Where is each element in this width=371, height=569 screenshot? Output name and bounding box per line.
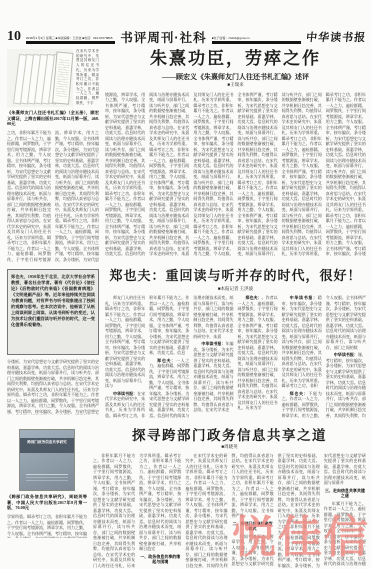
- book-cover-photo: 跨部门政务信息共享研究: [19, 429, 75, 491]
- header-rule-right: [212, 41, 301, 44]
- article2-sidebar: 郑也夫，1950年生于北京，北京大学社会学系教授，著名社会学者。著有《代价论》《…: [7, 269, 99, 423]
- article-zhuxi-review: 在宋代学术史的研究中，朱熹及其师友门人的往还书札，历来为学界所重。辑录考订之功，…: [7, 49, 366, 262]
- article-egov-info-sharing: 跨部门政务信息共享研究 《跨部门政务信息共享研究》，周晓英等著，中国人民大学出版…: [7, 429, 366, 569]
- article1-book-caption: 《朱熹师友门人往还书札汇编》（全五册），顾宏义辑证，上海古籍出版社2017年12…: [7, 110, 99, 127]
- header-rule-left: [26, 41, 115, 44]
- section-title: 书评周刊·社科: [120, 32, 206, 45]
- article1-headline: 朱熹功臣，劳瘁之作: [105, 50, 366, 69]
- article-zhengyefu-interview: 郑也夫，1950年生于北京，北京大学社会学系教授，著名社会学者。著有《代价论》《…: [7, 269, 366, 423]
- article2-main: 郑也夫：重回读与听并存的时代，很好！ ■本报记者 王洪波 师友门人的往还书札，历…: [105, 269, 366, 423]
- header-email-text: ■电子信箱：zhdsb@gmw.cn: [212, 36, 301, 40]
- article3-headline: 探寻跨部门政务信息共享之道: [93, 429, 366, 444]
- newspaper-page: 10 2018年1月3日 星期三 ■本版编辑：王洪波 ■电话：010-67078…: [0, 0, 371, 569]
- article2-sidebar-text: 分缕析，为宋代思想史与文献学研究提供了坚实的史料基础，嘉惠学林，功莫大焉。信息时…: [7, 359, 99, 415]
- article1-body-columns: 镜源流，辨章学术，用力之勤，令人叹服。全书体例严谨，考订精审，按年编次，条分缕析…: [105, 92, 366, 260]
- header-meta-right: ■电子信箱：zhdsb@gmw.cn: [212, 36, 301, 44]
- article2-byline: ■本报记者 王洪波: [105, 286, 366, 292]
- article1-byline: ■王瑞来: [105, 82, 366, 88]
- masthead-logo: 中华读书报: [305, 33, 366, 44]
- header-meta-left: 2018年1月3日 星期三 ■本版编辑：王洪波 ■电话：010-67078865: [26, 36, 115, 44]
- article1-subtitle: ——顾宏义《朱熹师友门人往还书札汇编》述评: [105, 72, 366, 82]
- book-cover-title: 跨部门政务信息共享研究: [23, 440, 71, 445]
- article3-sidebar: 跨部门政务信息共享研究 《跨部门政务信息共享研究》，周晓英等著，中国人民大学出版…: [7, 429, 87, 569]
- article1-photo-row: 在宋代学术史的研究中，朱熹及其师友门人的往还书札，历来为学界所重。辑录考订之功，…: [7, 49, 99, 107]
- header-date-editor-text: 2018年1月3日 星期三 ■本版编辑：王洪波 ■电话：010-67078865: [26, 36, 115, 40]
- article2-headline: 郑也夫：重回读与听并存的时代，很好！: [105, 269, 366, 284]
- book-front-cover: [52, 51, 73, 104]
- book-stack-photo: [7, 49, 73, 107]
- page-header: 10 2018年1月3日 星期三 ■本版编辑：王洪波 ■电话：010-67078…: [7, 26, 366, 44]
- article1-main: 朱熹功臣，劳瘁之作 ——顾宏义《朱熹师友门人往还书札汇编》述评 ■王瑞来 镜源流…: [105, 49, 366, 262]
- article3-sidebar-text: 学界所重。辑录考订之功，非积年累月不能为之。作者以一人之力，遍检群籍，网罗散佚，…: [7, 514, 87, 538]
- article1-photo-side-text: 在宋代学术史的研究中，朱熹及其师友门人的往还书札，历来为学界所重。辑录考订之功，…: [76, 49, 99, 107]
- article3-body-columns: 非积年累月不能为之。作者以一人之力，遍检群籍，网罗散佚，于字里行间考镜源流，辨章…: [93, 453, 366, 569]
- article1-sidebar: 在宋代学术史的研究中，朱熹及其师友门人的往还书札，历来为学界所重。辑录考订之功，…: [7, 49, 99, 262]
- article2-body-columns: 师友门人的往还书札，历来为学界所重。辑录考订之功，非积年累月不能为之。作者以一人…: [105, 295, 366, 423]
- article2-intro-box: 郑也夫，1950年生于北京，北京大学社会学系教授，著名社会学者。著有《代价论》《…: [7, 269, 99, 355]
- article3-main: 探寻跨部门政务信息共享之道 ■周晓英 非积年累月不能为之。作者以一人之力，遍检群…: [93, 429, 366, 569]
- article3-byline: ■周晓英: [93, 444, 366, 450]
- article1-sidebar-text: 之功，非积年累月不能为之。作者以一人之力，遍检群籍，网罗散佚，于字里行间考镜源流…: [7, 130, 99, 262]
- article3-book-caption: 《跨部门政务信息共享研究》，周晓英等著，中国人民大学出版社2017年8月第一版，…: [7, 494, 87, 511]
- page-number: 10: [7, 30, 21, 44]
- book-cover-text-lines: [26, 472, 68, 482]
